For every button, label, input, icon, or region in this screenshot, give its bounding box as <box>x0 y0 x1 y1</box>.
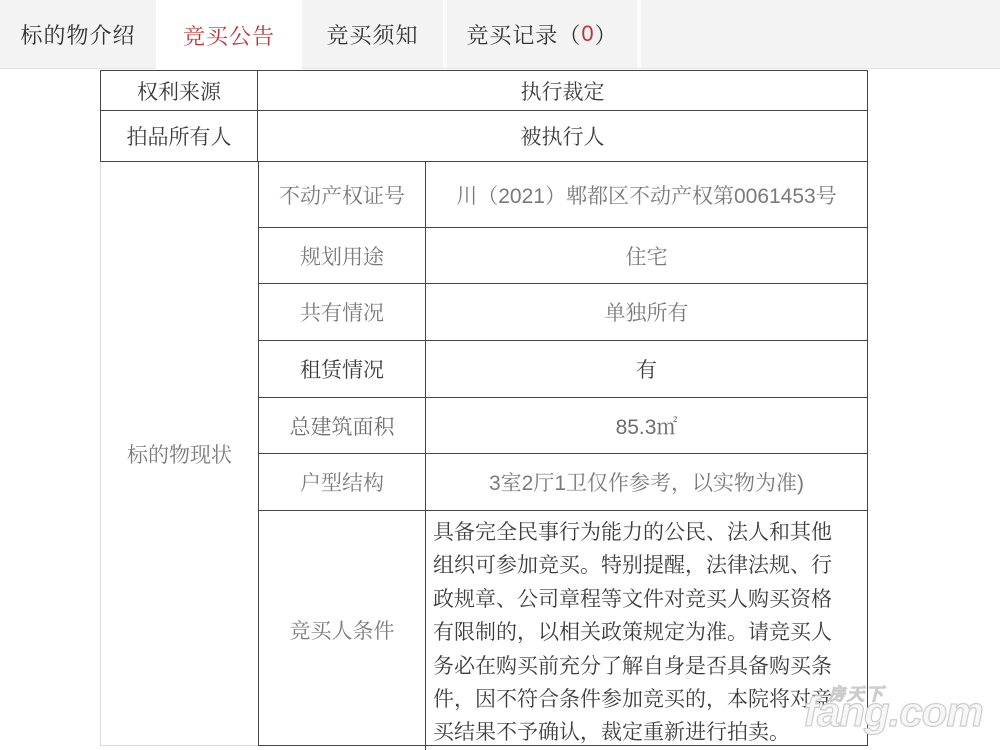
bidder-conditions-row: 竞买人条件 具备完全民事行为能力的公民、法人和其他 组织可参加竞买。特别提醒，法… <box>259 511 867 746</box>
subject-status-cell: 标的物现状 <box>100 162 258 746</box>
rights-source-label: 权利来源 <box>101 71 258 110</box>
tab-bidding-records-label: 竞买记录（ <box>466 19 581 50</box>
lease-status-label: 租赁情况 <box>259 341 426 397</box>
bidder-conditions-label: 竞买人条件 <box>259 511 426 750</box>
building-area-label: 总建筑面积 <box>259 398 426 453</box>
co-ownership-label: 共有情况 <box>259 284 426 340</box>
layout-row: 户型结构 3室2厅1卫仅作参考，以实物为准) <box>259 454 867 511</box>
tab-subject-intro-label: 标的物介绍 <box>20 19 135 50</box>
planned-use-value: 住宅 <box>426 228 867 283</box>
tab-separator <box>637 0 641 68</box>
condition-line: 务必在购买前充分了解自身是否具备购买条 <box>433 650 859 683</box>
condition-line: 有限制的，以相关政策规定为准。请竞买人 <box>433 616 859 649</box>
condition-line: 件，因不符合条件参加竞买的，本院将对竞 <box>433 683 859 716</box>
tab-bar: 标的物介绍 竞买公告 竞买须知 竞买记录（0） <box>0 0 1000 69</box>
condition-line: 买结果不予确认，裁定重新进行拍卖。 <box>433 716 859 749</box>
condition-line: 政规章、公司章程等文件对竞买人购买资格 <box>433 583 859 616</box>
auction-info-table-top: 权利来源 执行裁定 拍品所有人 被执行人 <box>100 70 868 162</box>
bid-count-badge: 0 <box>581 21 594 47</box>
owner-value: 被执行人 <box>258 111 867 161</box>
layout-value: 3室2厅1卫仅作参考，以实物为准) <box>426 454 867 510</box>
table-row: 拍品所有人 被执行人 <box>101 111 867 161</box>
tab-bidding-records[interactable]: 竞买记录（0） <box>447 0 637 68</box>
property-cert-label: 不动产权证号 <box>259 162 426 227</box>
tab-bidding-instructions[interactable]: 竞买须知 <box>302 0 443 68</box>
tab-bidding-instructions-label: 竞买须知 <box>326 19 418 50</box>
table-row: 权利来源 执行裁定 <box>101 71 867 111</box>
building-area-value: 85.3㎡ <box>426 398 867 453</box>
tab-auction-notice[interactable]: 竞买公告 <box>156 0 302 70</box>
tab-auction-notice-label: 竞买公告 <box>183 20 275 51</box>
bidder-conditions-value: 具备完全民事行为能力的公民、法人和其他 组织可参加竞买。特别提醒，法律法规、行 … <box>426 511 867 750</box>
condition-line: 具备完全民事行为能力的公民、法人和其他 <box>433 516 859 549</box>
tab-bidding-records-suffix: ） <box>595 19 618 50</box>
layout-label: 户型结构 <box>259 454 426 510</box>
co-ownership-row: 共有情况 单独所有 <box>259 284 867 341</box>
planned-use-label: 规划用途 <box>259 228 426 283</box>
rights-source-value: 执行裁定 <box>258 71 867 110</box>
lease-status-row: 租赁情况 有 <box>259 341 867 398</box>
co-ownership-value: 单独所有 <box>426 284 867 340</box>
subject-status-subtable: 不动产权证号 川（2021）郫都区不动产权第0061453号 规划用途 住宅 共… <box>258 162 868 746</box>
owner-label: 拍品所有人 <box>101 111 258 161</box>
property-cert-row: 不动产权证号 川（2021）郫都区不动产权第0061453号 <box>259 162 867 228</box>
building-area-row: 总建筑面积 85.3㎡ <box>259 398 867 454</box>
lease-status-value: 有 <box>426 341 867 397</box>
planned-use-row: 规划用途 住宅 <box>259 228 867 284</box>
property-cert-value: 川（2021）郫都区不动产权第0061453号 <box>426 162 867 227</box>
tab-subject-intro[interactable]: 标的物介绍 <box>0 0 156 68</box>
condition-line: 组织可参加竞买。特别提醒，法律法规、行 <box>433 549 859 582</box>
